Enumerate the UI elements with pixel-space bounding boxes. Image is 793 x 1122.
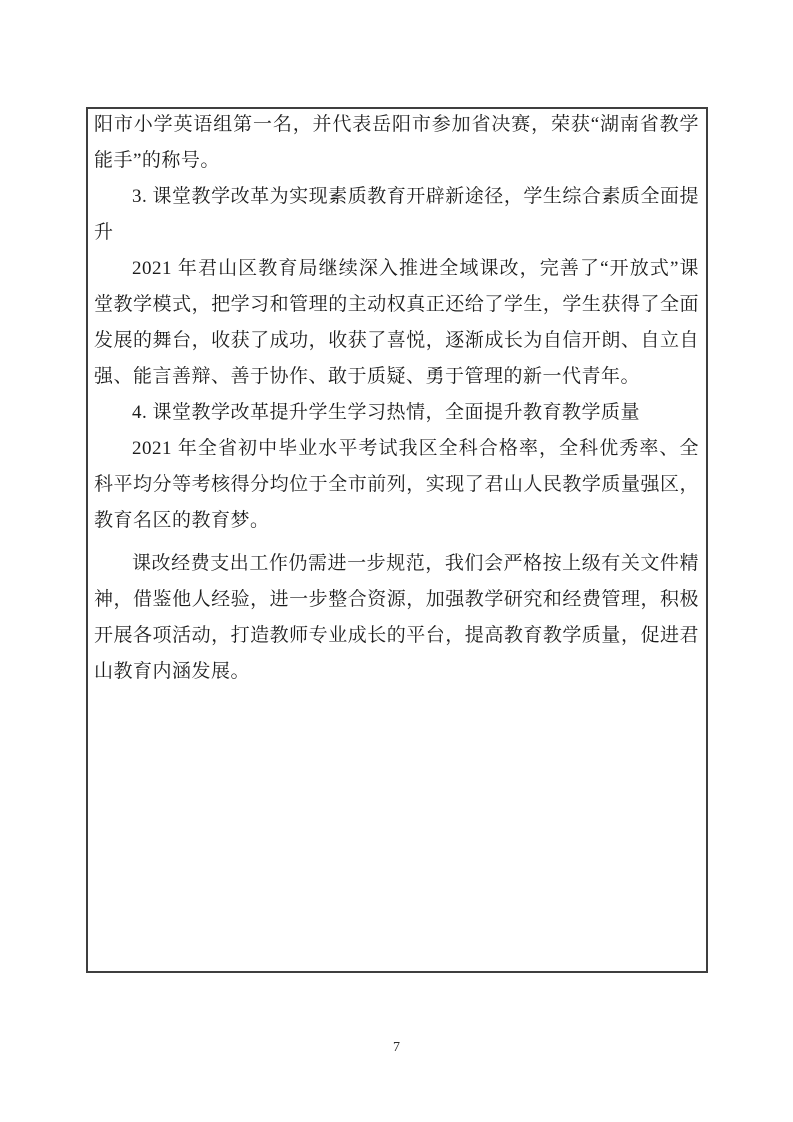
section-heading-3: 3. 课堂教学改革为实现素质教育开辟新途径，学生综合素质全面提升 xyxy=(94,179,699,251)
document-page: 阳市小学英语组第一名，并代表岳阳市参加省决赛，荣获“湖南省教学能手”的称号。 3… xyxy=(0,0,793,1122)
body-paragraph: 2021 年全省初中毕业水平考试我区全科合格率，全科优秀率、全科平均分等考核得分… xyxy=(94,431,699,539)
closing-paragraph: 课改经费支出工作仍需进一步规范，我们会严格按上级有关文件精神，借鉴他人经验，进一… xyxy=(94,546,699,690)
body-paragraph-continuation: 阳市小学英语组第一名，并代表岳阳市参加省决赛，荣获“湖南省教学能手”的称号。 xyxy=(94,107,699,179)
document-table-cell: 阳市小学英语组第一名，并代表岳阳市参加省决赛，荣获“湖南省教学能手”的称号。 3… xyxy=(86,107,708,973)
page-number: 7 xyxy=(0,1040,793,1056)
body-paragraph: 2021 年君山区教育局继续深入推进全域课改，完善了“开放式”课堂教学模式，把学… xyxy=(94,251,699,395)
section-heading-4: 4. 课堂教学改革提升学生学习热情，全面提升教育教学质量 xyxy=(94,395,699,431)
